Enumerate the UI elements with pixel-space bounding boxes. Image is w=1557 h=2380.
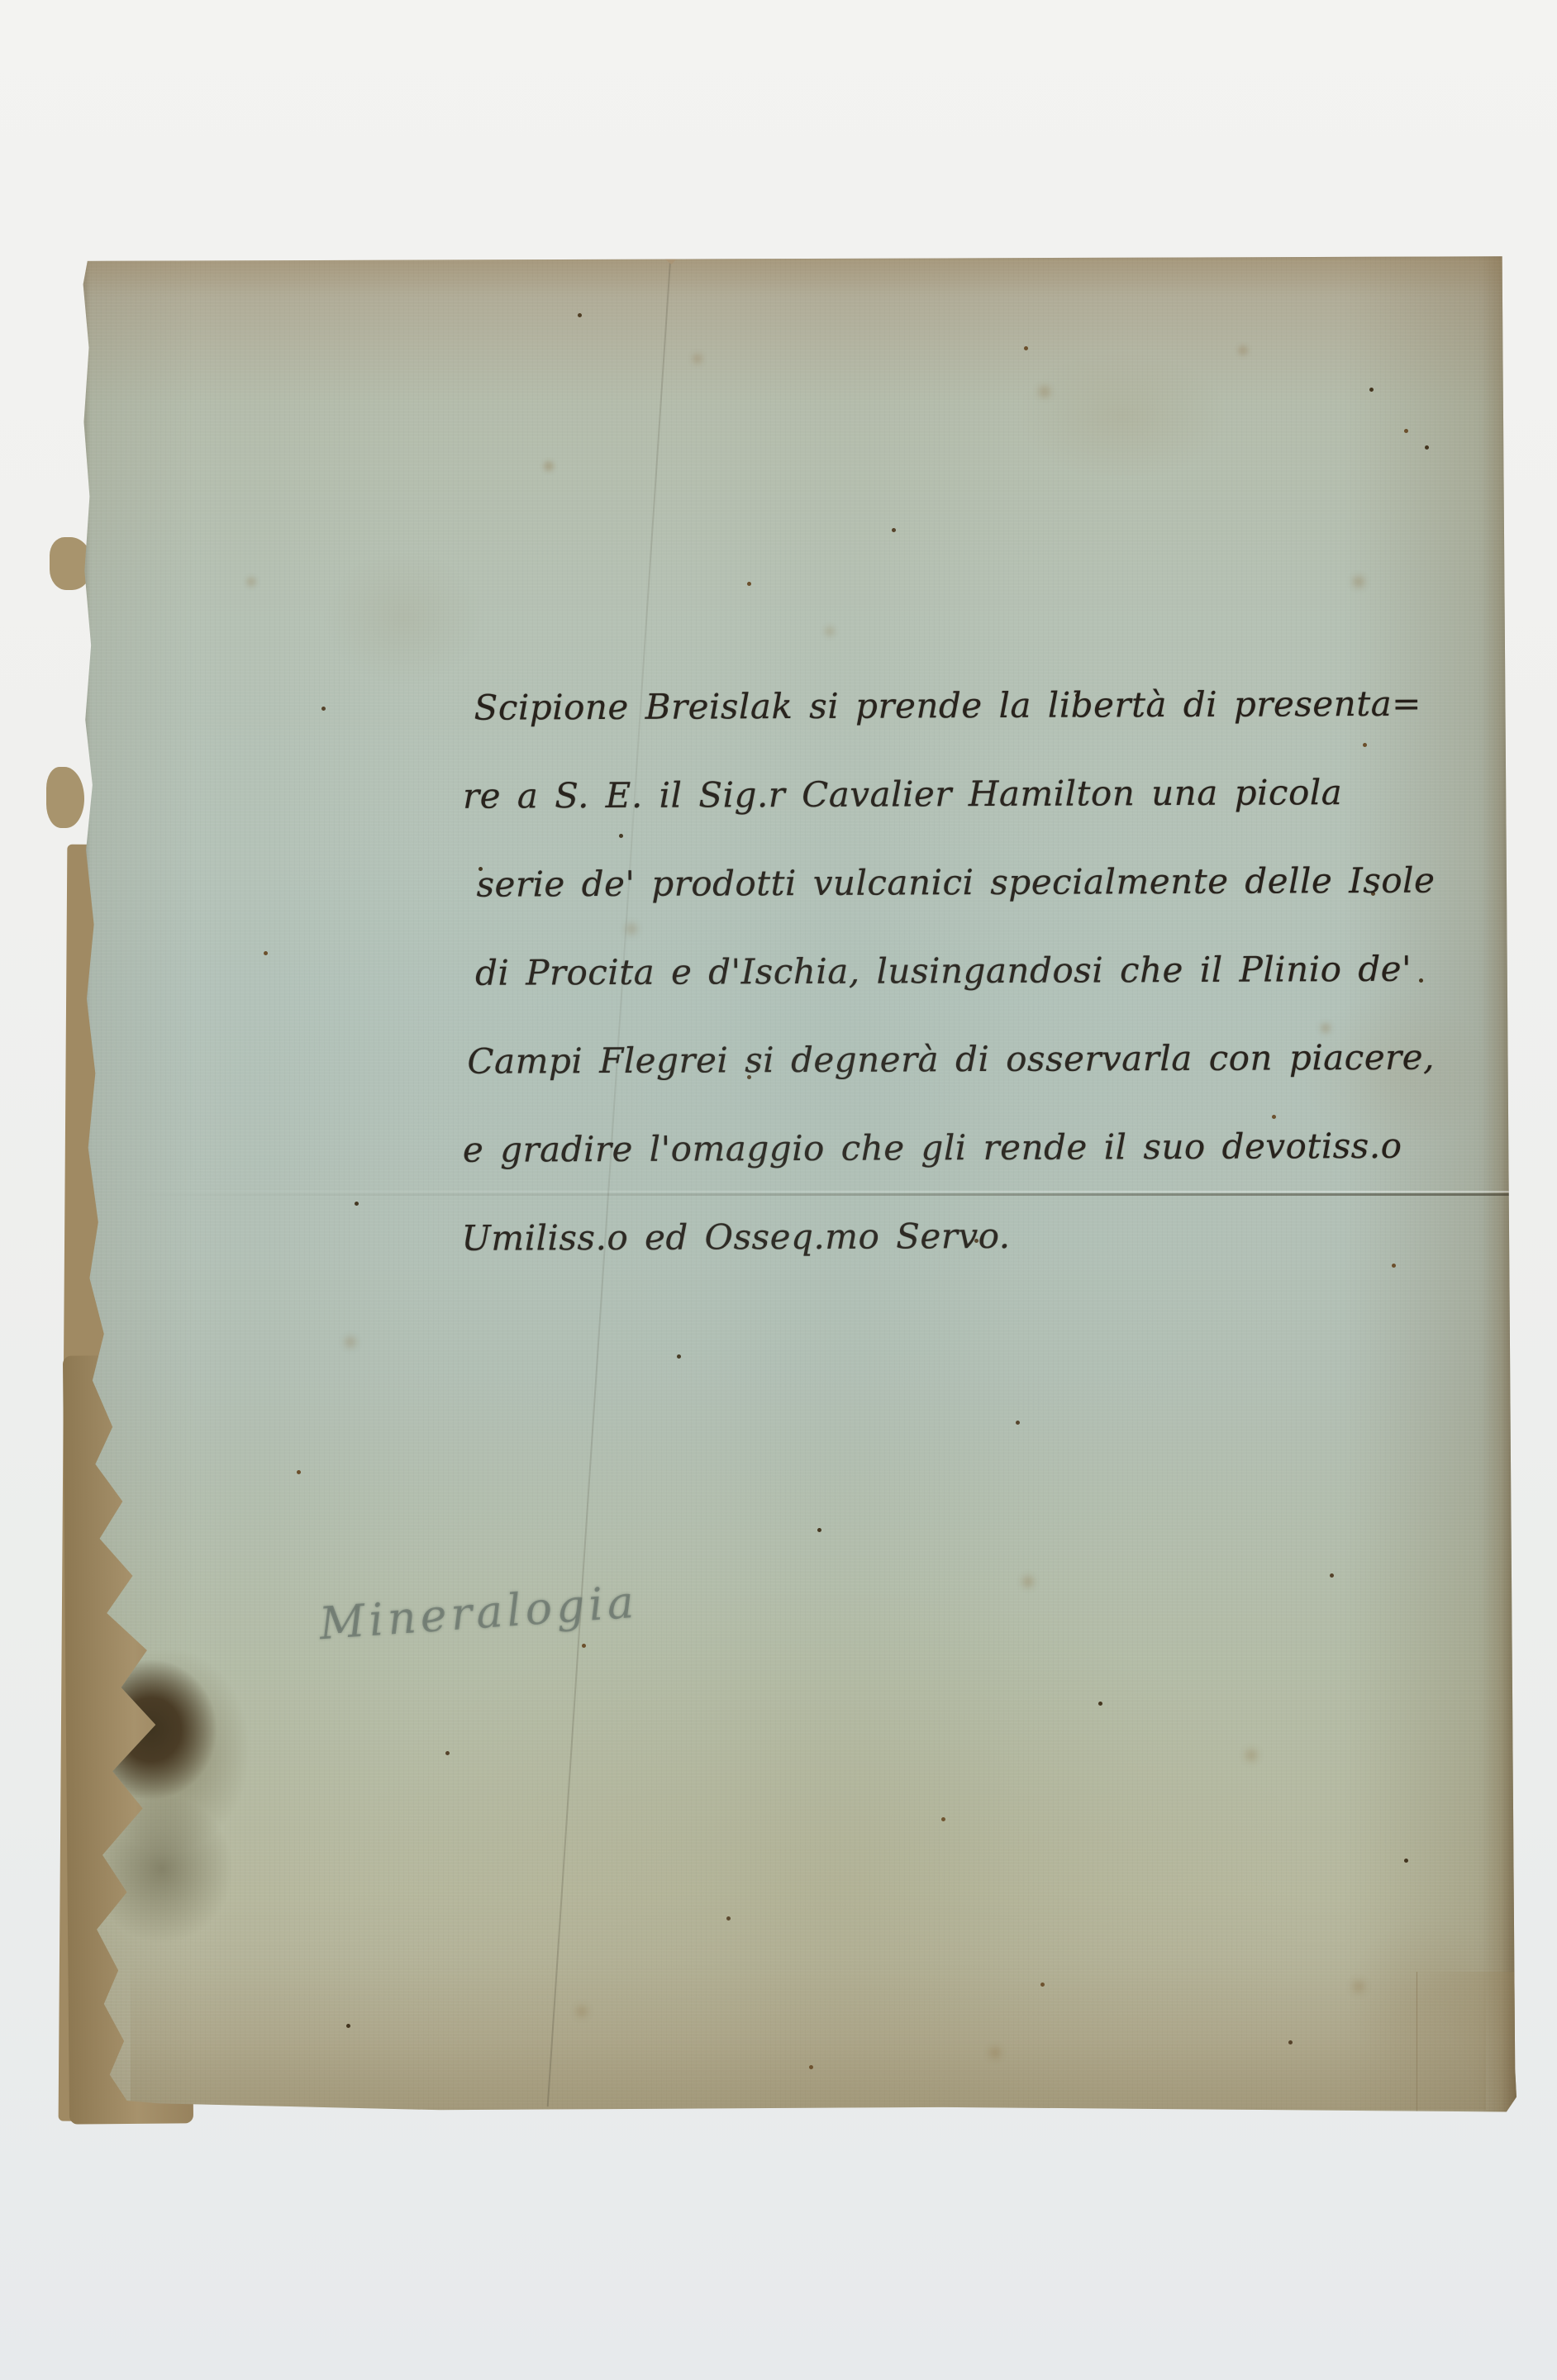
paper-top-edge-shading	[81, 255, 1517, 260]
manuscript-line: re a S. E. il Sig.r Cavalier Hamilton un…	[463, 747, 1499, 840]
manuscript-line: Scipione Breislak si prende la libertà d…	[474, 659, 1498, 751]
bottom-edge-stain	[131, 1957, 1486, 2110]
manuscript-line: e gradire l'omaggio che gli rende il suo…	[463, 1101, 1501, 1193]
manuscript-line: Campi Flegrei si degnerà di osservarla c…	[467, 1012, 1500, 1105]
foxing-patch	[982, 329, 1263, 502]
manuscript-line: serie de' prodotti vulcanici specialment…	[476, 835, 1499, 928]
photo-backdrop: Scipione Breislak si prende la libertà d…	[0, 0, 1557, 2380]
foxing-speckles	[81, 255, 83, 257]
foxing-spots	[81, 255, 88, 261]
bottom-right-corner-fold	[1417, 1972, 1517, 2116]
letter-text: Scipione Breislak si prende la libertà d…	[474, 659, 1501, 1282]
pencil-annotation: Mineralogia	[317, 1576, 640, 1650]
top-edge-stain	[81, 255, 1517, 297]
backing-paper-chip	[46, 767, 84, 828]
manuscript-line: Umiliss.o ed Osseq.mo Servo.	[461, 1189, 1501, 1282]
manuscript-line: di Procita e d'Ischia, lusingandosi che …	[475, 924, 1500, 1016]
letter-sheet: Scipione Breislak si prende la libertà d…	[81, 255, 1517, 2116]
